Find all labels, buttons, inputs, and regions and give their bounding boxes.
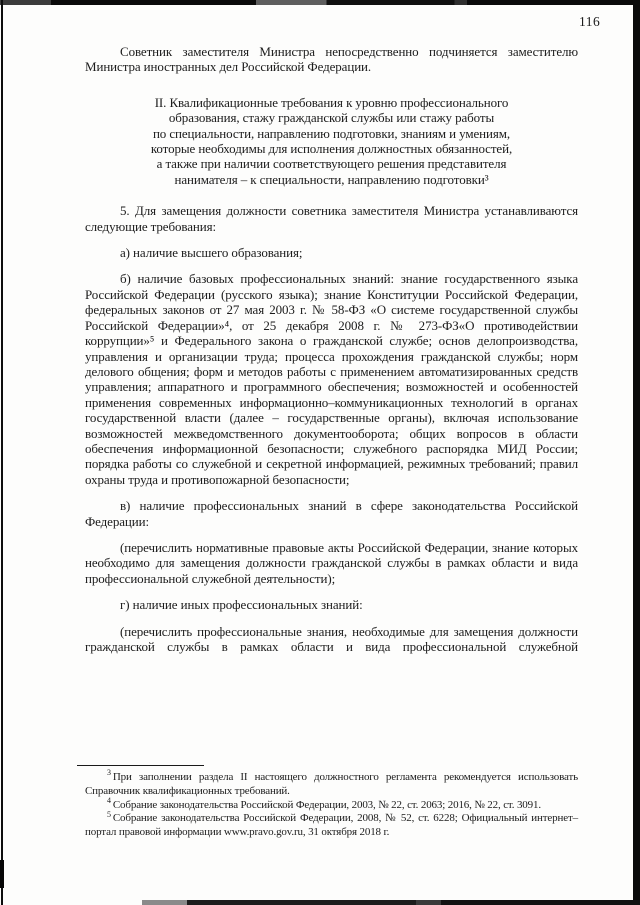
- heading-line: нанимателя – к специальности, направлени…: [85, 172, 578, 187]
- scan-artifact-left-edge: [1, 0, 3, 905]
- footnote-3-text: При заполнении раздела II настоящего дол…: [85, 771, 578, 797]
- paragraph-intro: Советник заместителя Министра непосредст…: [85, 44, 578, 75]
- paragraph-item-g: г) наличие иных профессиональных знаний:: [85, 597, 578, 612]
- footnote-5: 5Собрание законодательства Российской Фе…: [85, 812, 578, 840]
- footnote-3: 3При заполнении раздела II настоящего до…: [85, 771, 578, 799]
- scan-artifact-left-bottom-mark: [0, 860, 4, 888]
- footnote-5-text: Собрание законодательства Российской Фед…: [85, 812, 578, 838]
- footnote-5-marker: 5: [107, 810, 111, 819]
- section-heading: II. Квалификационные требования к уровню…: [85, 95, 578, 187]
- heading-line: образования, стажу гражданской службы ил…: [85, 110, 578, 125]
- paragraph-note-v: (перечислить нормативные правовые акты Р…: [85, 540, 578, 586]
- paragraph-item-v: в) наличие профессиональных знаний в сфе…: [85, 498, 578, 529]
- heading-line: а также при наличии соответствующего реш…: [85, 156, 578, 171]
- page-number: 116: [579, 14, 600, 30]
- heading-line: которые необходимы для исполнения должно…: [85, 141, 578, 156]
- document-body: Советник заместителя Министра непосредст…: [85, 44, 578, 665]
- scan-artifact-right-edge: [633, 0, 640, 905]
- footnote-4-text: Собрание законодательства Российской Фед…: [113, 799, 541, 811]
- paragraph-item-b: б) наличие базовых профессиональных знан…: [85, 271, 578, 487]
- footnote-4: 4Собрание законодательства Российской Фе…: [85, 799, 578, 813]
- heading-line: II. Квалификационные требования к уровню…: [85, 95, 578, 110]
- footnote-3-marker: 3: [107, 768, 111, 777]
- paragraph-item-5: 5. Для замещения должности советника зам…: [85, 203, 578, 234]
- scan-artifact-top-edge: [0, 0, 640, 5]
- scan-artifact-bottom-edge: [142, 900, 640, 905]
- paragraph-note-g: (перечислить профессиональные знания, не…: [85, 624, 578, 655]
- footnotes-block: 3При заполнении раздела II настоящего до…: [85, 765, 578, 840]
- footnote-4-marker: 4: [107, 796, 111, 805]
- heading-line: по специальности, направлению подготовки…: [85, 126, 578, 141]
- scanned-document-page: 116 Советник заместителя Министра непоср…: [0, 0, 640, 905]
- footnote-separator: [77, 765, 204, 766]
- paragraph-item-a: а) наличие высшего образования;: [85, 245, 578, 260]
